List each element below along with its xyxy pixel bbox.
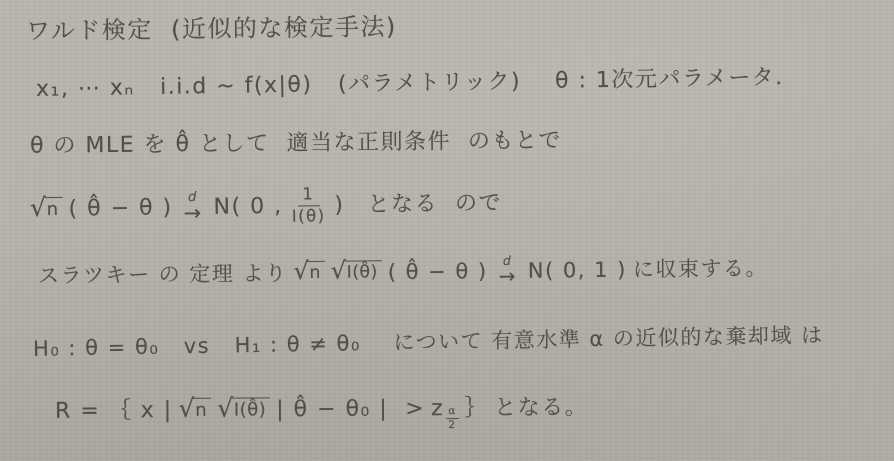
arrow-glyph: → xyxy=(499,266,517,286)
sqrt-n: √ n xyxy=(30,197,63,223)
note-line-title: ワルド検定 (近似的な検定手法) xyxy=(26,12,397,47)
alpha-over-two-subscript: α 2 xyxy=(446,406,459,430)
note-line-asymptotic-normality: √ n ( θ̂ − θ ) d → N( 0 , 1 I(θ) ) となる の… xyxy=(30,183,503,231)
arrow-glyph: → xyxy=(184,203,203,224)
normal-dist-open: N( 0 , xyxy=(213,192,282,220)
abs-theta-hat-minus-theta0: | θ̂ − θ₀ | > xyxy=(276,395,425,424)
radical-sign: √ xyxy=(331,258,348,282)
subscript-denominator: 2 xyxy=(448,419,456,431)
z-symbol: z xyxy=(431,395,444,423)
note-line-slutsky: スラツキー の 定理 より √ n √ I(θ̂) ( θ̂ − θ ) d →… xyxy=(38,252,768,291)
converges-in-distribution-arrow: d → xyxy=(498,255,517,287)
note-line-rejection-region: R = ｛ x | √ n √ I(θ̂) | θ̂ − θ₀ | > z α … xyxy=(55,394,588,425)
radical-sign: √ xyxy=(217,396,235,421)
fraction-denominator: I(θ) xyxy=(292,206,326,226)
title-text: ワルド検定 (近似的な検定手法) xyxy=(26,12,397,47)
hypotheses-text: H₀ : θ = θ₀ vs H₁ : θ ≠ θ₀ について 有意水準 α の… xyxy=(33,322,824,362)
subscript-numerator: α xyxy=(446,406,459,419)
theta-hat-minus-theta: ( θ̂ − θ ) xyxy=(68,194,172,223)
note-line-hypotheses: H₀ : θ = θ₀ vs H₁ : θ ≠ θ₀ について 有意水準 α の… xyxy=(33,322,824,362)
normal-dist-close: ) xyxy=(334,192,344,220)
sqrt-fisher-information: √ I(θ̂) xyxy=(217,397,270,423)
mle-conditions-text: θ の MLE を θ̂ として 適当な正則条件 のもとで xyxy=(30,127,562,160)
fraction-numerator: 1 xyxy=(297,185,319,206)
radical-sign: √ xyxy=(293,259,310,283)
region-open-text: R = ｛ x | xyxy=(55,397,173,425)
converges-text: に収束する。 xyxy=(633,255,768,283)
handwritten-note-paper: ワルド検定 (近似的な検定手法) x₁, ⋯ xₙ i.i.d ∼ f(x|θ)… xyxy=(0,0,894,461)
note-line-mle-conditions: θ の MLE を θ̂ として 適当な正則条件 のもとで xyxy=(30,127,562,160)
converges-in-distribution-arrow: d → xyxy=(183,191,202,224)
sqrt-fisher-information: √ I(θ̂) xyxy=(331,260,382,285)
z-critical-value: z α 2 xyxy=(431,395,459,423)
radicand: I(θ̂) xyxy=(232,397,271,422)
tonaru-text: となる。 xyxy=(494,394,588,422)
region-close-brace: ｝ xyxy=(465,395,489,423)
note-line-model-setup: x₁, ⋯ xₙ i.i.d ∼ f(x|θ) (パラメトリック) θ : 1次… xyxy=(36,64,784,103)
fraction-one-over-fisher-information: 1 I(θ) xyxy=(291,185,325,226)
model-setup-text: x₁, ⋯ xₙ i.i.d ∼ f(x|θ) (パラメトリック) θ : 1次… xyxy=(36,64,784,103)
radical-sign: √ xyxy=(30,195,48,221)
theta-hat-minus-theta: ( θ̂ − θ ) xyxy=(388,258,488,285)
radical-sign: √ xyxy=(179,396,197,421)
sqrt-n: √ n xyxy=(179,398,212,424)
radicand: I(θ̂) xyxy=(345,260,382,284)
slutsky-theorem-text: スラツキー の 定理 より xyxy=(38,260,288,289)
sqrt-n: √ n xyxy=(293,261,325,285)
standard-normal-text: N( 0, 1 ) xyxy=(528,256,627,283)
tonaru-node-text: となる ので xyxy=(350,189,502,219)
